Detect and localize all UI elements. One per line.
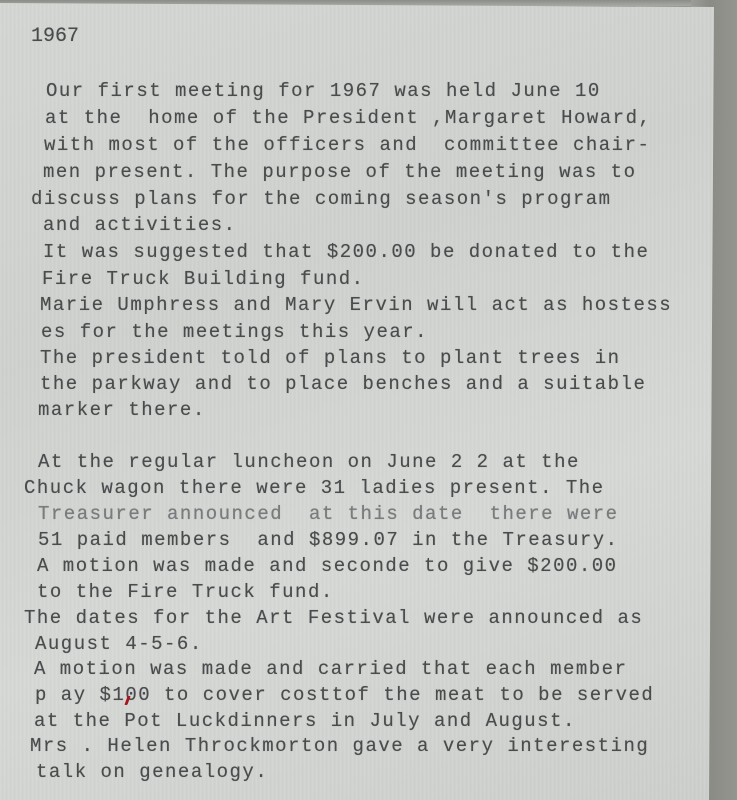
text-line: August 4-5-6. xyxy=(35,635,203,654)
text-line: marker there. xyxy=(38,401,206,420)
text-line: Fire Truck Building fund. xyxy=(42,270,365,289)
text-line: Marie Umphress and Mary Ervin will act a… xyxy=(40,296,672,315)
text-line: to the Fire Truck fund. xyxy=(37,583,334,602)
typewritten-page: 1967 Our first meeting for 1967 was held… xyxy=(0,3,714,800)
text-line: Mrs . Helen Throckmorton gave a very int… xyxy=(30,737,649,756)
text-line: at the home of the President ,Margaret H… xyxy=(45,109,651,128)
text-line: at the Pot Luckdinners in July and Augus… xyxy=(34,712,576,731)
text-line: Treasurer announced at this date there w… xyxy=(38,505,619,524)
text-line: men present. The purpose of the meeting … xyxy=(43,163,637,182)
text-line: the parkway and to place benches and a s… xyxy=(40,375,646,394)
text-line: At the regular luncheon on June 2 2 at t… xyxy=(38,453,580,472)
text-line: es for the meetings this year. xyxy=(41,323,428,342)
text-line: It was suggested that $200.00 be donated… xyxy=(43,243,649,262)
text-line: The dates for the Art Festival were anno… xyxy=(24,609,643,628)
text-line: talk on genealogy. xyxy=(36,763,268,782)
text-line: A motion was made and seconde to give $2… xyxy=(37,557,618,576)
text-line: The president told of plans to plant tre… xyxy=(40,349,621,368)
text-line: discuss plans for the coming season's pr… xyxy=(31,190,612,209)
text-line: and activities. xyxy=(43,216,237,235)
text-line: Our first meeting for 1967 was held June… xyxy=(46,82,601,101)
text-line: with most of the officers and committee … xyxy=(44,136,650,155)
page-year-heading: 1967 xyxy=(31,27,79,47)
text-line: Chuck wagon there were 31 ladies present… xyxy=(24,479,605,498)
text-line: A motion was made and carried that each … xyxy=(34,660,628,679)
text-line: 51 paid members and $899.07 in the Treas… xyxy=(38,531,619,550)
